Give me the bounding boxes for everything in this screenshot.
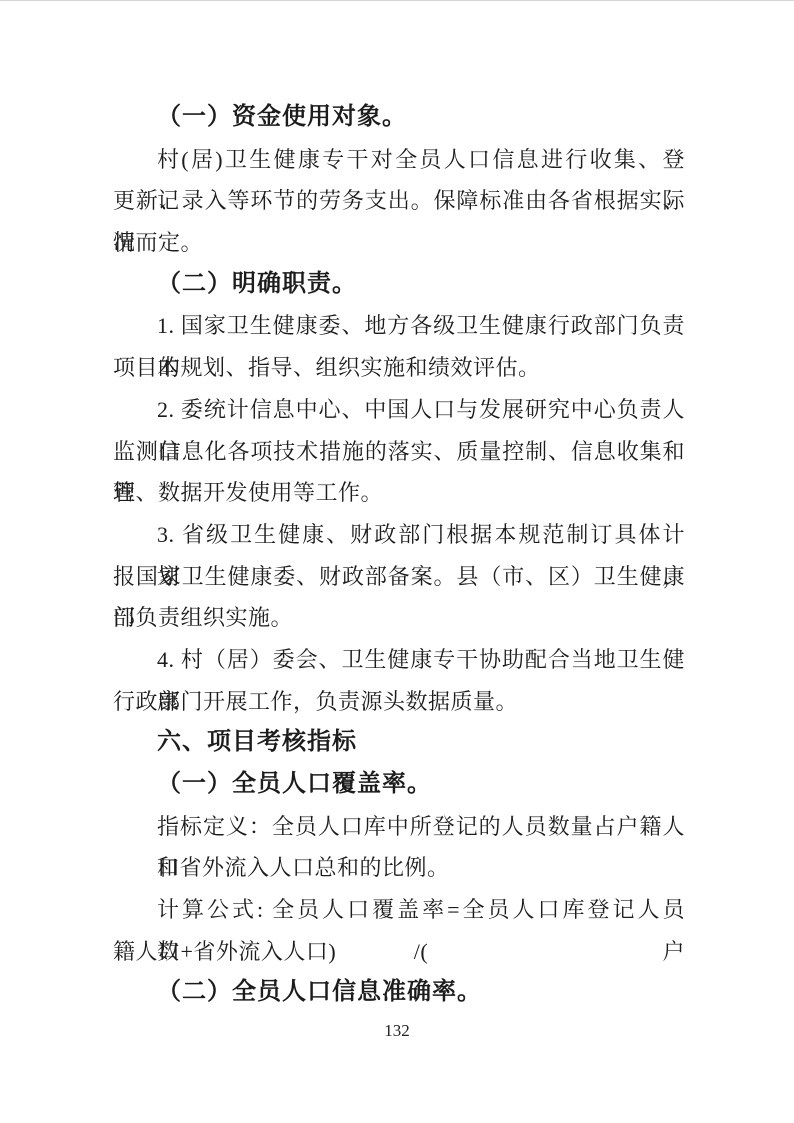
- section-heading: （一）全员人口覆盖率。: [113, 764, 685, 806]
- body-line: 计算公式: 全员人口覆盖率=全员人口库登记人员数/(户: [113, 889, 685, 931]
- body-line: 门负责组织实施。: [113, 597, 685, 639]
- body-line: 3. 省级卫生健康、财政部门根据本规范制订具体计划，: [113, 514, 685, 556]
- section-heading: （二）明确职责。: [113, 264, 685, 306]
- body-line: 村(居)卫生健康专干对全员人口信息进行收集、登记、: [113, 139, 685, 181]
- document-page: （一）资金使用对象。 村(居)卫生健康专干对全员人口信息进行收集、登记、 更新、…: [0, 0, 794, 1123]
- section-heading: 六、项目考核指标: [113, 722, 685, 764]
- page-number: 132: [0, 1021, 794, 1041]
- body-line: 报国家卫生健康委、财政部备案。县（市、区）卫生健康部: [113, 556, 685, 598]
- body-line: 2. 委统计信息中心、中国人口与发展研究中心负责人口: [113, 389, 685, 431]
- body-line: 4. 村（居）委会、卫生健康专干协助配合当地卫生健康: [113, 639, 685, 681]
- body-line: 监测信息化各项技术措施的落实、质量控制、信息收集和管: [113, 431, 685, 473]
- section-heading: （二）全员人口信息准确率。: [113, 972, 685, 1014]
- body-line: 更新、录入等环节的劳务支出。保障标准由各省根据实际情: [113, 180, 685, 222]
- body-line: 1. 国家卫生健康委、地方各级卫生健康行政部门负责本: [113, 305, 685, 347]
- document-text-block: （一）资金使用对象。 村(居)卫生健康专干对全员人口信息进行收集、登记、 更新、…: [113, 97, 685, 1014]
- body-line: 指标定义：全员人口库中所登记的人员数量占户籍人口: [113, 806, 685, 848]
- section-heading: （一）资金使用对象。: [113, 97, 685, 139]
- body-line: 项目的规划、指导、组织实施和绩效评估。: [113, 347, 685, 389]
- body-line: 况而定。: [113, 222, 685, 264]
- body-line: 行政部门开展工作，负责源头数据质量。: [113, 681, 685, 723]
- body-line: 理、数据开发使用等工作。: [113, 472, 685, 514]
- body-line: 和省外流入人口总和的比例。: [113, 847, 685, 889]
